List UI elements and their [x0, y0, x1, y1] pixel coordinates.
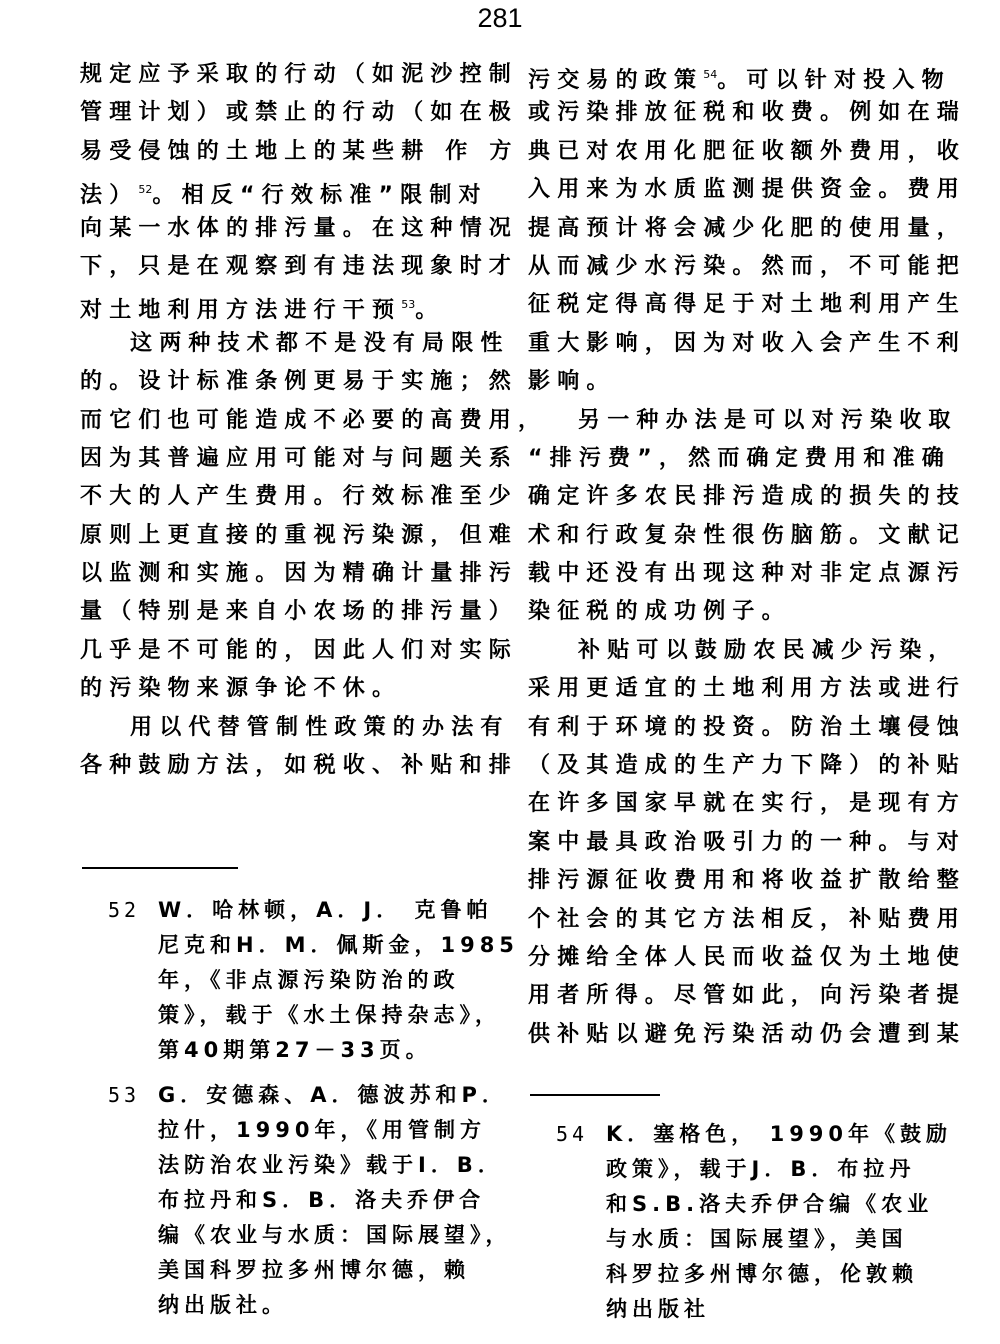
line-text: 案中最具政治吸引力的一种。与对: [528, 830, 966, 855]
footnote-line: 政策》，载于J．B．布拉丹: [606, 1152, 936, 1187]
line-text-continued: 。: [415, 298, 444, 323]
line-text: “排污费”，然而确定费用和准确: [528, 446, 951, 471]
text-line: 各种鼓励方法，如税收、补贴和排: [80, 747, 480, 785]
line-text: 的。设计标准条例更易于实施；然: [80, 369, 518, 394]
line-text: 以监测和实施。因为精确计量排污: [80, 561, 518, 586]
text-line: 个社会的其它方法相反，补贴费用: [528, 901, 928, 939]
line-text: 征税定得高得足于对土地利用产生: [528, 292, 966, 317]
line-text: 从而减少水污染。然而，不可能把: [528, 254, 966, 279]
text-line: 载中还没有出现这种对非定点源污: [528, 555, 928, 593]
footnote-body: G．安德森、A．德波苏和P． 拉什，1990年，《用管制方 法防治农业污染》载于…: [158, 1078, 488, 1323]
line-text: 各种鼓励方法，如税收、补贴和排: [80, 753, 518, 778]
footnote-line: 纳出版社。: [158, 1288, 488, 1323]
footnote-reference: 53: [401, 298, 415, 311]
right-column-body-text: 污交易的政策54。可以针对投入物或污染排放征税和收费。例如在瑞典已对农用化肥征收…: [528, 56, 928, 1054]
footnote-divider-left: [82, 867, 238, 869]
line-text: 典已对农用化肥征收额外费用，收: [528, 139, 966, 164]
text-line: 入用来为水质监测提供资金。费用: [528, 171, 928, 209]
line-text: 向某一水体的排污量。在这种情况: [80, 216, 518, 241]
line-text: 几乎是不可能的，因此人们对实际: [80, 638, 518, 663]
line-text: 不大的人产生费用。行效标准至少: [80, 484, 518, 509]
footnote-divider-right: [530, 1094, 660, 1096]
line-text: 量（特别是来自小农场的排污量）: [80, 599, 518, 624]
text-line: 术和行政复杂性很伤脑筋。文献记: [528, 517, 928, 555]
line-text: 法）: [80, 183, 138, 208]
text-line: 以监测和实施。因为精确计量排污: [80, 555, 480, 593]
text-line: 法）52。相反“行效标准”限制对: [80, 171, 480, 209]
text-line: 几乎是不可能的，因此人们对实际: [80, 632, 480, 670]
text-line: 因为其普遍应用可能对与问题关系: [80, 440, 480, 478]
footnote-line: 拉什，1990年，《用管制方: [158, 1113, 488, 1148]
paragraph-start-line: 这两种技术都不是没有局限性: [80, 325, 480, 363]
text-line: 排污源征收费用和将收益扩散给整: [528, 862, 928, 900]
text-line: 有利于环境的投资。防治土壤侵蚀: [528, 709, 928, 747]
text-line: 典已对农用化肥征收额外费用，收: [528, 133, 928, 171]
line-text: 用以代替管制性政策的办法有: [130, 715, 510, 740]
paragraph-start-line: 用以代替管制性政策的办法有: [80, 709, 480, 747]
footnote-line: 纳出版社: [606, 1292, 936, 1327]
line-text: 补贴可以鼓励农民减少污染，: [578, 638, 958, 663]
line-text-continued: 。相反“行效标准”限制对: [152, 183, 487, 208]
text-line: 原则上更直接的重视污染源，但难: [80, 517, 480, 555]
text-line: 确定许多农民排污造成的损失的技: [528, 478, 928, 516]
text-line: 影响。: [528, 363, 928, 401]
footnote-line: 策》，载于《水土保持杂志》，: [158, 998, 488, 1033]
text-line: （及其造成的生产力下降）的补贴: [528, 747, 928, 785]
footnote-reference: 52: [138, 183, 152, 196]
footnote-line: 科罗拉多州博尔德，伦敦赖: [606, 1257, 936, 1292]
line-text: 这两种技术都不是没有局限性: [130, 331, 510, 356]
text-line: 的污染物来源争论不休。: [80, 670, 480, 708]
line-text: 原则上更直接的重视污染源，但难: [80, 523, 518, 548]
text-line: 向某一水体的排污量。在这种情况: [80, 210, 480, 248]
paragraph-start-line: 另一种办法是可以对污染收取: [528, 402, 928, 440]
line-text: 或污染排放征税和收费。例如在瑞: [528, 100, 966, 125]
line-text: 排污源征收费用和将收益扩散给整: [528, 868, 966, 893]
text-line: “排污费”，然而确定费用和准确: [528, 440, 928, 478]
footnote-number: 53: [108, 1078, 140, 1113]
footnote-line: 布拉丹和S．B．洛夫乔伊合: [158, 1183, 488, 1218]
footnote-body: W．哈林顿，A．J． 克鲁帕 尼克和H．M．佩斯金，1985 年，《非点源污染防…: [158, 893, 488, 1068]
footnote-line: 编《农业与水质：国际展望》，: [158, 1218, 488, 1253]
line-text: 重大影响，因为对收入会产生不利: [528, 331, 966, 356]
text-line: 对土地利用方法进行干预53。: [80, 286, 480, 324]
text-line: 供补贴以避免污染活动仍会遭到某: [528, 1016, 928, 1054]
text-line: 规定应予采取的行动（如泥沙控制: [80, 56, 480, 94]
line-text: 的污染物来源争论不休。: [80, 676, 401, 701]
line-text: 易受侵蚀的土地上的某些耕 作 方: [80, 139, 519, 164]
footnote-line: 尼克和H．M．佩斯金，1985: [158, 928, 488, 963]
line-text: 影响。: [528, 369, 616, 394]
text-line: 而它们也可能造成不必要的高费用，: [80, 402, 480, 440]
text-line: 从而减少水污染。然而，不可能把: [528, 248, 928, 286]
text-line: 分摊给全体人民而收益仅为土地使: [528, 939, 928, 977]
line-text: 个社会的其它方法相反，补贴费用: [528, 907, 966, 932]
text-line: 采用更适宜的土地利用方法或进行: [528, 670, 928, 708]
line-text: 提高预计将会减少化肥的使用量，: [528, 216, 966, 241]
footnote-line: 和S.B.洛夫乔伊合编《农业: [606, 1187, 936, 1222]
line-text-continued: 。可以针对投入物: [717, 68, 951, 93]
line-text: 在许多国家早就在实行，是现有方: [528, 791, 966, 816]
line-text: 对土地利用方法进行干预: [80, 298, 401, 323]
line-text: 另一种办法是可以对污染收取: [578, 408, 958, 433]
left-column-body-text: 规定应予采取的行动（如泥沙控制管理计划）或禁止的行动（如在极易受侵蚀的土地上的某…: [80, 56, 480, 785]
text-line: 或污染排放征税和收费。例如在瑞: [528, 94, 928, 132]
footnote-line: 年，《非点源污染防治的政: [158, 963, 488, 998]
paragraph-start-line: 补贴可以鼓励农民减少污染，: [528, 632, 928, 670]
line-text: 载中还没有出现这种对非定点源污: [528, 561, 966, 586]
line-text: 染征税的成功例子。: [528, 599, 791, 624]
text-line: 提高预计将会减少化肥的使用量，: [528, 210, 928, 248]
text-line: 染征税的成功例子。: [528, 593, 928, 631]
text-line: 易受侵蚀的土地上的某些耕 作 方: [80, 133, 480, 171]
line-text: 入用来为水质监测提供资金。费用: [528, 177, 966, 202]
line-text: 有利于环境的投资。防治土壤侵蚀: [528, 715, 966, 740]
text-line: 下，只是在观察到有违法现象时才: [80, 248, 480, 286]
text-line: 在许多国家早就在实行，是现有方: [528, 785, 928, 823]
line-text: 而它们也可能造成不必要的高费用，: [80, 408, 547, 433]
page-number: 281: [0, 2, 1000, 34]
footnote-line: G．安德森、A．德波苏和P．: [158, 1078, 488, 1113]
footnote-line: 美国科罗拉多州博尔德，赖: [158, 1253, 488, 1288]
text-line: 案中最具政治吸引力的一种。与对: [528, 824, 928, 862]
line-text: 供补贴以避免污染活动仍会遭到某: [528, 1022, 966, 1047]
line-text: 分摊给全体人民而收益仅为土地使: [528, 945, 966, 970]
line-text: 采用更适宜的土地利用方法或进行: [528, 676, 966, 701]
footnote-line: W．哈林顿，A．J． 克鲁帕: [158, 893, 488, 928]
line-text: 规定应予采取的行动（如泥沙控制: [80, 62, 518, 87]
footnote-number: 52: [108, 893, 140, 928]
footnote-line: 法防治农业污染》载于I．B．: [158, 1148, 488, 1183]
line-text: 污交易的政策: [528, 68, 703, 93]
text-line: 的。设计标准条例更易于实施；然: [80, 363, 480, 401]
footnote-number: 54: [556, 1117, 588, 1152]
text-line: 量（特别是来自小农场的排污量）: [80, 593, 480, 631]
line-text: 术和行政复杂性很伤脑筋。文献记: [528, 523, 966, 548]
text-line: 不大的人产生费用。行效标准至少: [80, 478, 480, 516]
footnote-body: K．塞格色， 1990年《鼓励 政策》，载于J．B．布拉丹 和S.B.洛夫乔伊合…: [606, 1117, 936, 1327]
line-text: 用者所得。尽管如此，向污染者提: [528, 983, 966, 1008]
line-text: 确定许多农民排污造成的损失的技: [528, 484, 966, 509]
line-text: （及其造成的生产力下降）的补贴: [528, 753, 966, 778]
footnote-reference: 54: [703, 68, 717, 81]
text-line: 征税定得高得足于对土地利用产生: [528, 286, 928, 324]
footnote-line: K．塞格色， 1990年《鼓励: [606, 1117, 936, 1152]
line-text: 因为其普遍应用可能对与问题关系: [80, 446, 518, 471]
line-text: 管理计划）或禁止的行动（如在极: [80, 100, 518, 125]
text-line: 管理计划）或禁止的行动（如在极: [80, 94, 480, 132]
footnote-line: 第40期第27－33页。: [158, 1033, 488, 1068]
footnote-line: 与水质：国际展望》，美国: [606, 1222, 936, 1257]
text-line: 污交易的政策54。可以针对投入物: [528, 56, 928, 94]
line-text: 下，只是在观察到有违法现象时才: [80, 254, 518, 279]
text-line: 用者所得。尽管如此，向污染者提: [528, 977, 928, 1015]
text-line: 重大影响，因为对收入会产生不利: [528, 325, 928, 363]
